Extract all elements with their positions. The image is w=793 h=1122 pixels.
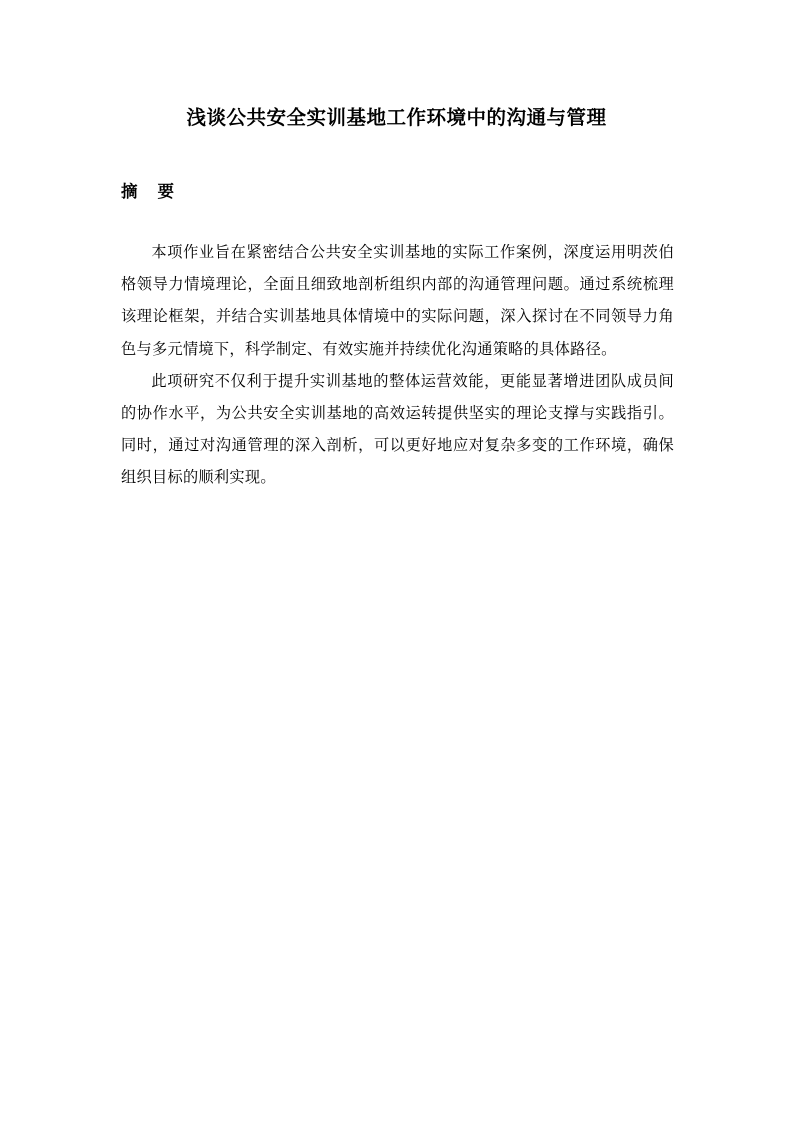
document-title: 浅谈公共安全实训基地工作环境中的沟通与管理 [0,104,793,132]
abstract-heading: 摘要 [121,180,174,204]
abstract-paragraph-1: 本项作业旨在紧密结合公共安全实训基地的实际工作案例，深度运用明茨伯格领导力情境理… [121,236,674,365]
abstract-paragraph-2: 此项研究不仅利于提升实训基地的整体运营效能，更能显著增进团队成员间的协作水平，为… [121,365,674,494]
abstract-body: 本项作业旨在紧密结合公共安全实训基地的实际工作案例，深度运用明茨伯格领导力情境理… [121,236,674,494]
abstract-heading-char-2: 要 [158,182,175,201]
abstract-heading-char-1: 摘 [121,182,138,201]
